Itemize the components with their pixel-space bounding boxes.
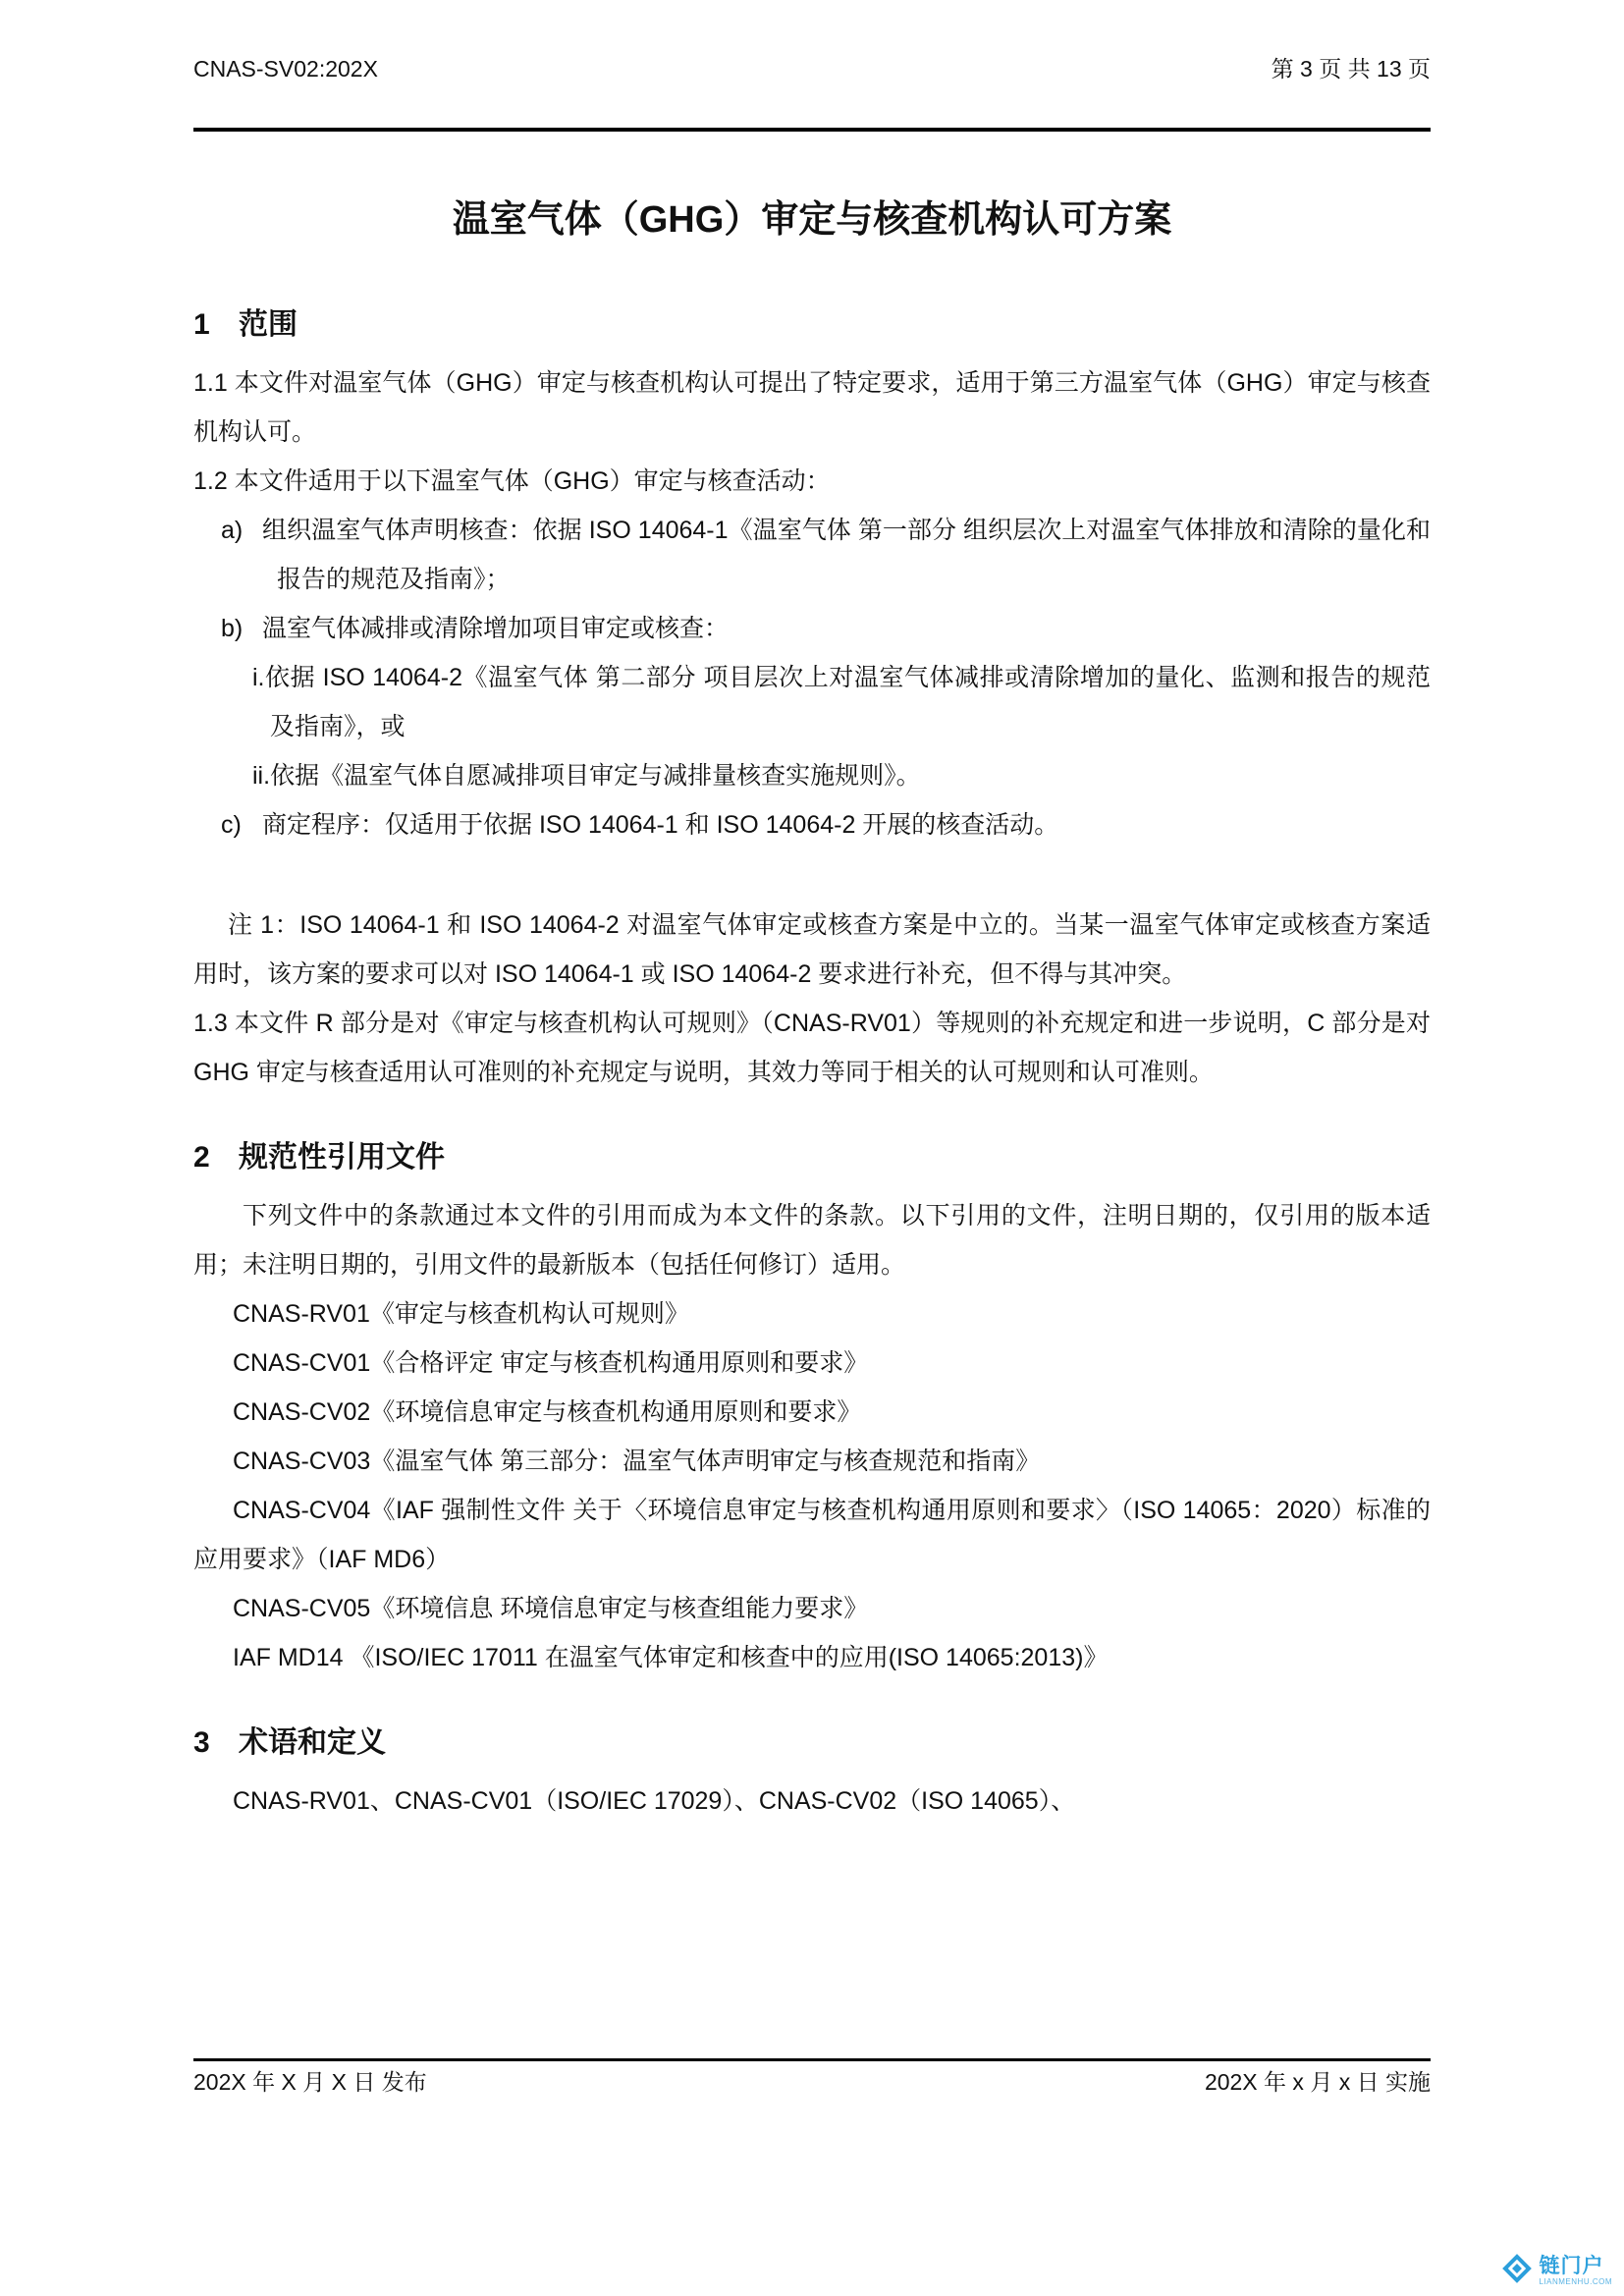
list-text-c: 商定程序：仅适用于依据 ISO 14064-1 和 ISO 14064-2 开展…: [262, 811, 1058, 839]
section-2-heading: 2规范性引用文件: [193, 1136, 1431, 1179]
list-item-ii: ii.依据《温室气体自愿减排项目审定与减排量核查实施规则》。: [193, 751, 1431, 800]
section-1-number: 1: [193, 303, 239, 347]
reference-item: CNAS-CV03《温室气体 第三部分：温室气体声明审定与核查规范和指南》: [193, 1437, 1431, 1486]
list-text-ii: 依据《温室气体自愿减排项目审定与减排量核查实施规则》。: [270, 762, 921, 790]
reference-item: CNAS-CV01《合格评定 审定与核查机构通用原则和要求》: [193, 1339, 1431, 1388]
reference-item: CNAS-RV01《审定与核查机构认可规则》: [193, 1289, 1431, 1339]
list-item-c: c)商定程序：仅适用于依据 ISO 14064-1 和 ISO 14064-2 …: [193, 800, 1431, 849]
diamond-logo-icon: [1500, 2252, 1534, 2290]
header-rule: [193, 128, 1431, 132]
list-item-a: a)组织温室气体声明核查：依据 ISO 14064-1《温室气体 第一部分 组织…: [193, 506, 1431, 604]
watermark-site: LIANMENHU.COM: [1539, 2278, 1612, 2286]
list-marker-a: a): [221, 506, 262, 555]
watermark-brand: 链门户: [1539, 2256, 1612, 2276]
header-page-number: 第 3 页 共 13 页: [1272, 55, 1431, 82]
paragraph-1-2: 1.2 本文件适用于以下温室气体（GHG）审定与核查活动：: [193, 457, 1431, 506]
list-marker-ii: ii.: [252, 762, 270, 790]
section-2-number: 2: [193, 1136, 239, 1179]
document-page: CNAS-SV02:202X 第 3 页 共 13 页 温室气体（GHG）审定与…: [0, 0, 1624, 2296]
footer-release-date: 202X 年 X 月 X 日 发布: [193, 2068, 427, 2096]
section-1-heading: 1范围: [193, 303, 1431, 347]
reference-item: IAF MD14 《ISO/IEC 17011 在温室气体审定和核查中的应用(I…: [193, 1633, 1431, 1682]
footer-implement-date: 202X 年 x 月 x 日 实施: [1205, 2068, 1431, 2096]
paragraph-1-3: 1.3 本文件 R 部分是对《审定与核查机构认可规则》（CNAS-RV01）等规…: [193, 999, 1431, 1097]
reference-item: CNAS-CV02《环境信息审定与核查机构通用原则和要求》: [193, 1388, 1431, 1437]
list-text-b: 温室气体减排或清除增加项目审定或核查：: [262, 615, 729, 642]
document-title: 温室气体（GHG）审定与核查机构认可方案: [193, 191, 1431, 248]
section-2-title: 规范性引用文件: [239, 1141, 445, 1174]
section-1-title: 范围: [239, 308, 298, 341]
list-marker-c: c): [221, 800, 262, 849]
paragraph-1-1: 1.1 本文件对温室气体（GHG）审定与核查机构认可提出了特定要求，适用于第三方…: [193, 358, 1431, 457]
list-marker-i: i.: [252, 664, 265, 691]
watermark-logo: 链门户 LIANMENHU.COM: [1500, 2252, 1612, 2290]
list-item-b: b)温室气体减排或清除增加项目审定或核查：: [193, 604, 1431, 653]
watermark-text: 链门户 LIANMENHU.COM: [1539, 2256, 1612, 2286]
list-text-a: 组织温室气体声明核查：依据 ISO 14064-1《温室气体 第一部分 组织层次…: [262, 517, 1431, 593]
section-3-title: 术语和定义: [239, 1726, 386, 1759]
list-marker-b: b): [221, 604, 262, 653]
section-3-intro: CNAS-RV01、CNAS-CV01（ISO/IEC 17029）、CNAS-…: [193, 1777, 1431, 1826]
list-item-i: i.依据 ISO 14064-2《温室气体 第二部分 项目层次上对温室气体减排或…: [193, 653, 1431, 751]
list-text-i: 依据 ISO 14064-2《温室气体 第二部分 项目层次上对温室气体减排或清除…: [265, 664, 1432, 740]
reference-item: CNAS-CV04《IAF 强制性文件 关于〈环境信息审定与核查机构通用原则和要…: [193, 1486, 1431, 1584]
reference-item: CNAS-CV05《环境信息 环境信息审定与核查组能力要求》: [193, 1584, 1431, 1633]
section-2-intro: 下列文件中的条款通过本文件的引用而成为本文件的条款。以下引用的文件，注明日期的，…: [193, 1191, 1431, 1289]
note-1: 注 1：ISO 14064-1 和 ISO 14064-2 对温室气体审定或核查…: [193, 901, 1431, 999]
document-content: 温室气体（GHG）审定与核查机构认可方案 1范围 1.1 本文件对温室气体（GH…: [0, 0, 1624, 1826]
section-3-number: 3: [193, 1722, 239, 1765]
header-doc-code: CNAS-SV02:202X: [193, 55, 378, 82]
section-3-heading: 3术语和定义: [193, 1722, 1431, 1765]
footer-rule: [193, 2058, 1431, 2061]
